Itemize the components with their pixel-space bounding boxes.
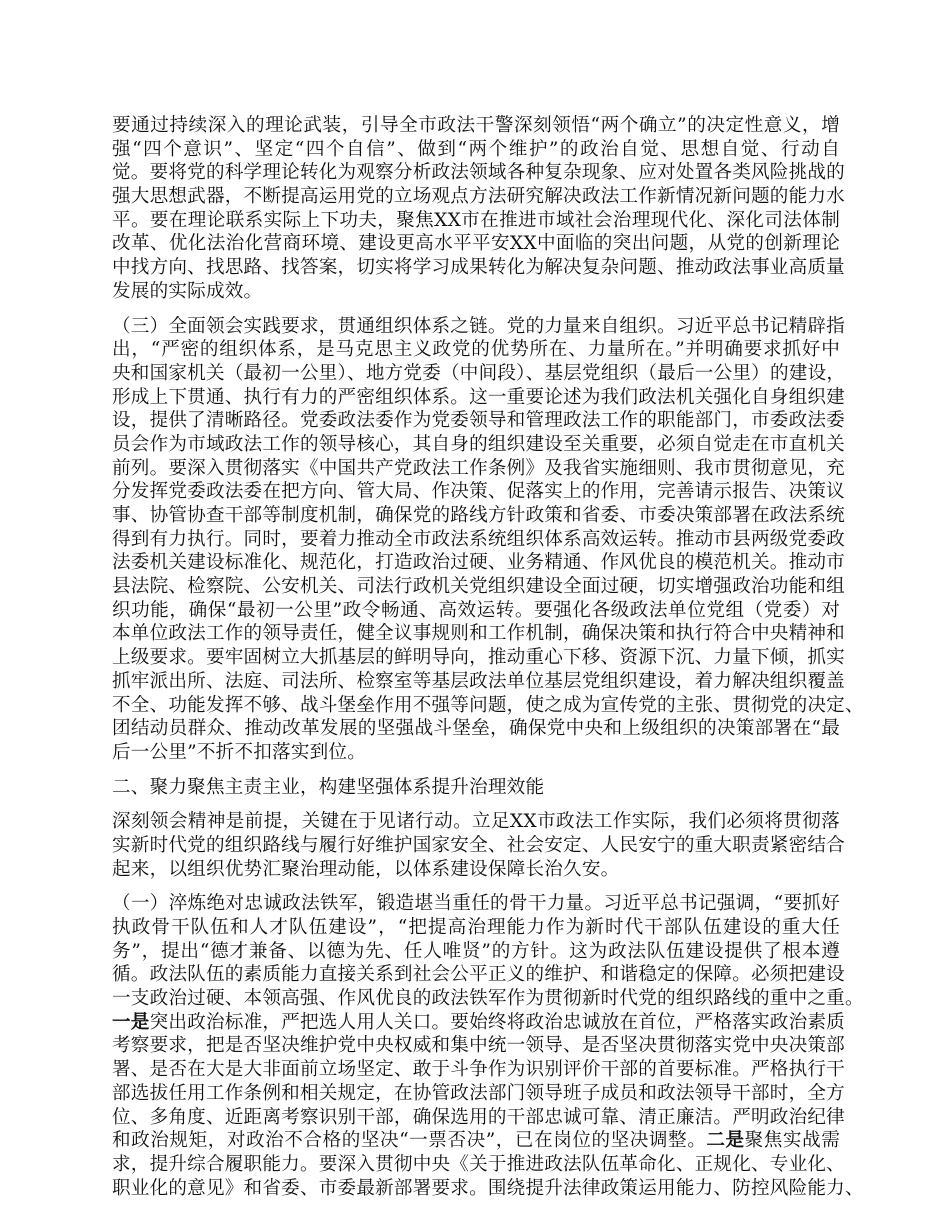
text-run: 和政治规矩，对政治不合格的坚决“一票否决”，已在岗位的坚决调整。 bbox=[112, 1130, 706, 1151]
text-line: 上级要求。要牢固树立大抓基层的鲜明导向，推动重心下移、资源下沉、力量下倾，抓实 bbox=[112, 646, 840, 670]
text-line: 改革、优化法治化营商环境、建设更高水平平安XX中面临的突出问题，从党的创新理论 bbox=[112, 232, 840, 256]
text-line: 县法院、检察院、公安机关、司法行政机关党组织建设全面过硬，切实增强政治功能和组 bbox=[112, 575, 840, 599]
text-line: 强“四个意识”、坚定“四个自信”、做到“两个维护”的政治自觉、思想自觉、行动自 bbox=[112, 138, 840, 162]
text-line: 事、协管协查干部等制度机制，确保党的路线方针政策和省委、市委决策部署在政法系统 bbox=[112, 504, 840, 528]
text-line: 得到有力执行。同时，要着力推动全市政法系统组织体系高效运转。推动市县两级党委政 bbox=[112, 528, 840, 552]
text-line: 强大思想武器，不断提高运用党的立场观点方法研究解决政法工作新情况新问题的能力水 bbox=[112, 185, 840, 209]
heading-text: 二、聚力聚焦主责主业，构建坚强体系提升治理效能 bbox=[112, 776, 840, 800]
text-line: 职业化的意见》和省委、市委最新部署要求。围绕提升法律政策运用能力、防控风险能力、 bbox=[112, 1177, 840, 1201]
text-line: 考察要求，把是否坚决维护党中央权威和集中统一领导、是否坚决贯彻落实党中央决策部 bbox=[112, 1034, 840, 1058]
text-line: 织功能，确保“最初一公里”政令畅通、高效运转。要强化各级政法单位党组（党委）对 bbox=[112, 599, 840, 623]
text-run: 突出政治标准，严把选人用人关口。要始终将政治忠诚放在首位，严格落实政治素质 bbox=[150, 1012, 845, 1033]
text-line: 发展的实际成效。 bbox=[112, 280, 840, 304]
text-line: 抓牢派出所、法庭、司法所、检察室等基层政法单位基层党组织建设，着力解决组织覆盖 bbox=[112, 670, 840, 694]
bold-lead-first: 一是 bbox=[112, 1012, 150, 1033]
text-line: 前列。要深入贯彻落实《中国共产党政法工作条例》及我省实施细则、我市贯彻意见，充 bbox=[112, 457, 840, 481]
text-line: 分发挥党委政法委在把方向、管大局、作决策、促落实上的作用，完善请示报告、决策议 bbox=[112, 480, 840, 504]
text-line: 执政骨干队伍和人才队伍建设”，“把提高治理能力作为新时代干部队伍建设的重大任 bbox=[112, 916, 840, 940]
text-line: 起来，以组织优势汇聚治理动能，以体系建设保障长治久安。 bbox=[112, 858, 840, 882]
text-line-with-bold: 和政治规矩，对政治不合格的坚决“一票否决”，已在岗位的坚决调整。二是聚焦实战需 bbox=[112, 1129, 840, 1153]
text-line: 务”，提出“德才兼备、以德为先、任人唯贤”的方针。这为政法队伍建设提供了根本遵 bbox=[112, 940, 840, 964]
text-line: 团结动员群众、推动改革发展的坚强战斗堡垒，确保党中央和上级组织的决策部署在“最 bbox=[112, 717, 840, 741]
paragraph-organization-system: （三）全面领会实践要求，贯通组织体系之链。党的力量来自组织。习近平总书记精辟指 … bbox=[112, 315, 840, 765]
paragraph-loyal-team: （一）淬炼绝对忠诚政法铁军，锻造堪当重任的骨干力量。习近平总书记强调，“要抓好 … bbox=[112, 892, 840, 1200]
text-line: 后一公里”不折不扣落实到位。 bbox=[112, 741, 840, 765]
bold-lead-second: 二是 bbox=[706, 1130, 744, 1151]
text-line: 署、是否在大是大非面前立场坚定、敢于斗争作为识别评价干部的首要标准。严格执行干 bbox=[112, 1058, 840, 1082]
text-line: （一）淬炼绝对忠诚政法铁军，锻造堪当重任的骨干力量。习近平总书记强调，“要抓好 bbox=[112, 892, 840, 916]
text-line: （三）全面领会实践要求，贯通组织体系之链。党的力量来自组织。习近平总书记精辟指 bbox=[112, 315, 840, 339]
paragraph-theory-armament: 要通过持续深入的理论武装，引导全市政法干警深刻领悟“两个确立”的决定性意义，增 … bbox=[112, 114, 840, 304]
text-line-with-bold: 一是突出政治标准，严把选人用人关口。要始终将政治忠诚放在首位，严格落实政治素质 bbox=[112, 1011, 840, 1035]
text-line: 循。政法队伍的素质能力直接关系到社会公平正义的维护、和谐稳定的保障。必须把建设 bbox=[112, 963, 840, 987]
text-line: 员会作为市域政法工作的领导核心，其自身的组织建设至关重要，必须自觉走在市直机关 bbox=[112, 433, 840, 457]
text-line: 法委机关建设标准化、规范化，打造政治过硬、业务精通、作风优良的模范机关。推动市 bbox=[112, 551, 840, 575]
section-heading-two: 二、聚力聚焦主责主业，构建坚强体系提升治理效能 bbox=[112, 776, 840, 800]
text-run: 聚焦实战需 bbox=[745, 1130, 840, 1151]
text-line: 中找方向、找思路、找答案，切实将学习成果转化为解决复杂问题、推动政法事业高质量 bbox=[112, 256, 840, 280]
text-line: 不全、功能发挥不够、战斗堡垒作用不强等问题，使之成为宣传党的主张、贯彻党的决定、 bbox=[112, 694, 840, 718]
text-line: 本单位政法工作的领导责任，健全议事规则和工作机制，确保决策和执行符合中央精神和 bbox=[112, 622, 840, 646]
text-line: 平。要在理论联系实际上下功夫，聚焦XX市在推进市域社会治理现代化、深化司法体制 bbox=[112, 209, 840, 233]
text-line: 设，提供了清晰路径。党委政法委作为党委领导和管理政法工作的职能部门，市委政法委 bbox=[112, 409, 840, 433]
text-line: 位、多角度、近距离考察识别干部，确保选用的干部忠诚可靠、清正廉洁。严明政治纪律 bbox=[112, 1106, 840, 1130]
text-line: 深刻领会精神是前提，关键在于见诸行动。立足XX市政法工作实际，我们必须将贯彻落 bbox=[112, 810, 840, 834]
text-line: 形成上下贯通、执行有力的严密组织体系。这一重要论述为我们政法机关强化自身组织建 bbox=[112, 386, 840, 410]
text-line: 央和国家机关（最初一公里）、地方党委（中间段）、基层党组织（最后一公里）的建设， bbox=[112, 362, 840, 386]
text-line: 部选拔任用工作条例和相关规定，在协管政法部门领导班子成员和政法领导干部时，全方 bbox=[112, 1082, 840, 1106]
document-page: 要通过持续深入的理论武装，引导全市政法干警深刻领悟“两个确立”的决定性意义，增 … bbox=[112, 114, 840, 1211]
text-line: 出，“严密的组织体系，是马克思主义政党的优势所在、力量所在。”并明确要求抓好中 bbox=[112, 338, 840, 362]
text-line: 觉。要将党的科学理论转化为观察分析政法领域各种复杂现象、应对处置各类风险挑战的 bbox=[112, 161, 840, 185]
text-line: 实新时代党的组织路线与履行好维护国家安全、社会安定、人民安宁的重大职责紧密结合 bbox=[112, 834, 840, 858]
text-line: 一支政治过硬、本领高强、作风优良的政法铁军作为贯彻新时代党的组织路线的重中之重。 bbox=[112, 987, 840, 1011]
text-line: 要通过持续深入的理论武装，引导全市政法干警深刻领悟“两个确立”的决定性意义，增 bbox=[112, 114, 840, 138]
text-line: 求，提升综合履职能力。要深入贯彻中央《关于推进政法队伍革命化、正规化、专业化、 bbox=[112, 1153, 840, 1177]
paragraph-key-action: 深刻领会精神是前提，关键在于见诸行动。立足XX市政法工作实际，我们必须将贯彻落 … bbox=[112, 810, 840, 881]
